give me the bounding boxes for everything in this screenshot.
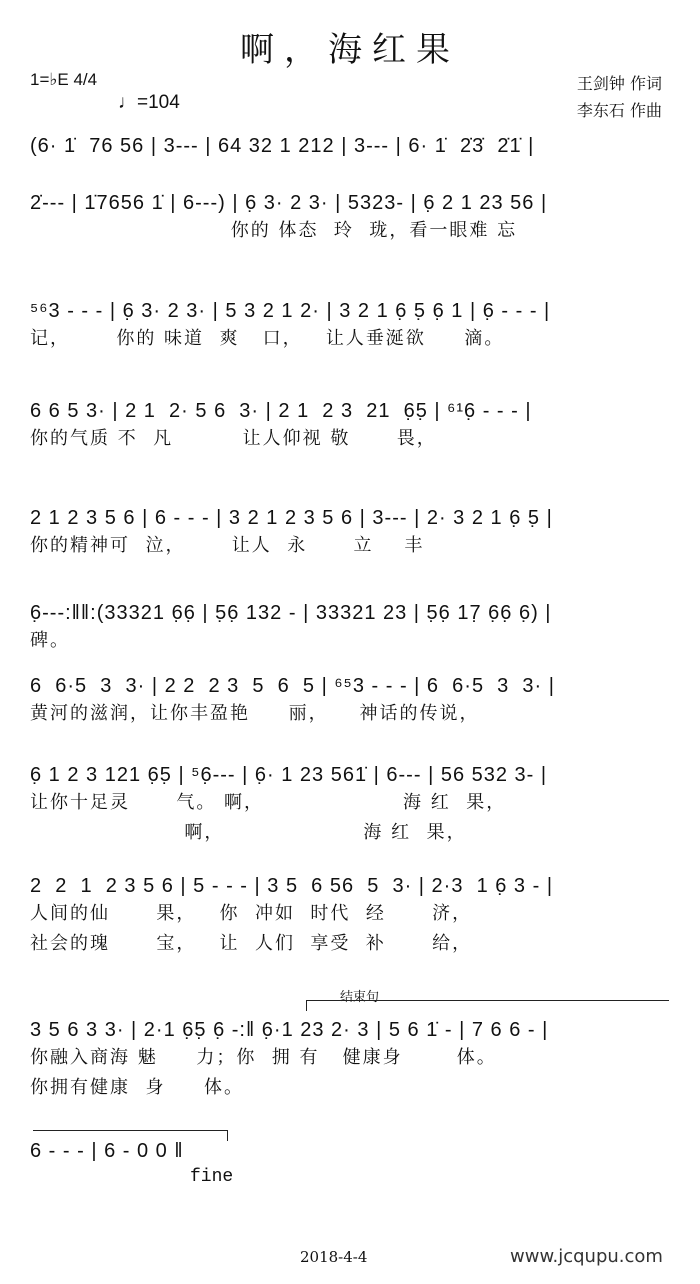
score-line-9: 2 2 1 2 3 5 6 | 5 - - - | 3 5 6 56 5 3· … <box>30 873 670 959</box>
lyric-verse-1: 你融入商海 魅 力；你 拥 有 健康身 体。 <box>30 1043 670 1073</box>
score-line-4: 6 6 5 3· | 2 1 2· 5 6 3· | 2 1 2 3 21 6̣… <box>30 398 670 454</box>
lyric-verse-1: 记， 你的 味道 爽 口， 让人垂涎欲 滴。 <box>30 324 670 354</box>
tempo-marking: ♩=104 <box>118 92 180 114</box>
lyric-verse-1: 让你十足灵 气。 啊， 海 红 果， <box>30 788 670 818</box>
lyric-verse-1: 你的精神可 泣， 让人 永 立 丰 <box>30 531 670 561</box>
notation: 6̣ 1 2 3 121 6̣5̣ | ⁵6̣--- | 6̣· 1 23 56… <box>30 762 670 788</box>
lyric-verse-1: 人间的仙 果， 你 冲如 时代 经 济， <box>30 899 670 929</box>
lyricist: 王剑钟 作词 <box>577 70 662 97</box>
lyric-verse-1: 你的气质 不 凡 让人仰视 敬 畏， <box>30 424 670 454</box>
score-line-10: 3 5 6 3 3· | 2·1 6̣5̣ 6̣ -:‖ 6̣·1 23 2· … <box>30 1017 670 1103</box>
ending-bracket <box>306 1000 669 1011</box>
composer: 李东石 作曲 <box>577 97 662 124</box>
lyric-verse-1: 碑。 <box>30 626 670 656</box>
notation: 6 - - - | 6 - 0 0 ‖ <box>30 1138 670 1164</box>
notation: 6 6 5 3· | 2 1 2· 5 6 3· | 2 1 2 3 21 6̣… <box>30 398 670 424</box>
lyric-verse-2: 社会的瑰 宝， 让 人们 享受 补 给， <box>30 929 670 959</box>
score-line-3: ⁵⁶3 - - - | 6̣ 3· 2 3· | 5 3 2 1 2· | 3 … <box>30 298 670 354</box>
notation: 3 5 6 3 3· | 2·1 6̣5̣ 6̣ -:‖ 6̣·1 23 2· … <box>30 1017 670 1043</box>
lyric-verse-2: 啊， 海 红 果， <box>30 818 670 848</box>
notation: 2̇--- | 1̇7656 1̇ | 6---) | 6̣ 3· 2 3· |… <box>30 190 670 216</box>
score-line-8: 6̣ 1 2 3 121 6̣5̣ | ⁵6̣--- | 6̣· 1 23 56… <box>30 762 670 848</box>
score-line-2: 2̇--- | 1̇7656 1̇ | 6---) | 6̣ 3· 2 3· |… <box>30 190 670 246</box>
notation: 2 1 2 3 5 6 | 6 - - - | 3 2 1 2 3 5 6 | … <box>30 505 670 531</box>
score-line-11: 6 - - - | 6 - 0 0 ‖ <box>30 1138 670 1164</box>
song-title: 啊，海红果 <box>0 22 700 71</box>
lyric-verse-2: 你拥有健康 身 体。 <box>30 1073 670 1103</box>
lyric-verse-1: 你的 体态 玲 珑，看一眼难 忘 <box>30 216 670 246</box>
key-signature: 1=♭E 4/4 <box>30 70 97 90</box>
notation: 6̣---:‖‖:(33321 6̣6̣ | 5̣6̣ 132 - | 3332… <box>30 600 670 626</box>
watermark: www.jcqupu.com <box>510 1246 663 1267</box>
lyric-verse-1: 黄河的滋润，让你丰盈艳 丽， 神话的传说， <box>30 699 670 729</box>
credits: 王剑钟 作词 李东石 作曲 <box>577 70 662 124</box>
score-line-6: 6̣---:‖‖:(33321 6̣6̣ | 5̣6̣ 132 - | 3332… <box>30 600 670 656</box>
fine-marking: fine <box>190 1167 233 1187</box>
notation: 2 2 1 2 3 5 6 | 5 - - - | 3 5 6 56 5 3· … <box>30 873 670 899</box>
notation: (6· 1̇ 76 56 | 3--- | 64 32 1 212 | 3---… <box>30 133 670 159</box>
notation: 6 6·5 3 3· | 2 2 2 3 5 6 5 | ⁶⁵3 - - - |… <box>30 673 670 699</box>
score-line-1: (6· 1̇ 76 56 | 3--- | 64 32 1 212 | 3---… <box>30 133 670 159</box>
notation: ⁵⁶3 - - - | 6̣ 3· 2 3· | 5 3 2 1 2· | 3 … <box>30 298 670 324</box>
score-line-7: 6 6·5 3 3· | 2 2 2 3 5 6 5 | ⁶⁵3 - - - |… <box>30 673 670 729</box>
score-line-5: 2 1 2 3 5 6 | 6 - - - | 3 2 1 2 3 5 6 | … <box>30 505 670 561</box>
date: 2018-4-4 <box>300 1248 367 1266</box>
